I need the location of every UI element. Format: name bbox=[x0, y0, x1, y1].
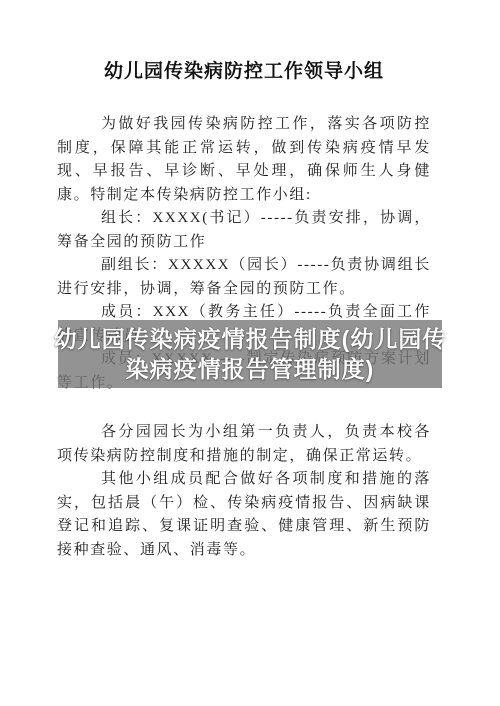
overlay-caption-banner: 幼儿园传染病疫情报告制度(幼儿园传 染病疫情报告管理制度) bbox=[58, 320, 442, 388]
paragraph-other-members: 其他小组成员配合做好各项制度和措施的落实，包括晨（午）检、传染病疫情报告、因病缺… bbox=[57, 468, 431, 562]
paragraph-intro: 为做好我园传染病防控工作，落实各项防控制度，保障其能正常运转，做到传染病疫情早发… bbox=[57, 113, 431, 207]
paragraph-deputy-leader: 副组长：XXXXX（园长）-----负责协调组长进行安排，协调，筹备全园的预防工… bbox=[57, 254, 431, 301]
paragraph-group-leader: 组长：XXXX(书记）-----负责安排，协调，筹备全园的预防工作 bbox=[57, 207, 431, 254]
overlay-caption-line-1: 幼儿园传染病疫情报告制度(幼儿园传 bbox=[54, 324, 447, 354]
overlay-caption-line-2: 染病疫情报告管理制度) bbox=[126, 354, 375, 384]
document-title: 幼儿园传染病防控工作领导小组 bbox=[57, 56, 431, 83]
paragraph-branch-principals: 各分园园长为小组第一负责人，负责本校各项传染病防控制度和措施的制定，确保正常运转… bbox=[57, 421, 431, 468]
document-page: 幼儿园传染病防控工作领导小组 为做好我园传染病防控工作，落实各项防控制度，保障其… bbox=[0, 0, 500, 706]
document-text-column: 幼儿园传染病防控工作领导小组 为做好我园传染病防控工作，落实各项防控制度，保障其… bbox=[57, 56, 431, 562]
